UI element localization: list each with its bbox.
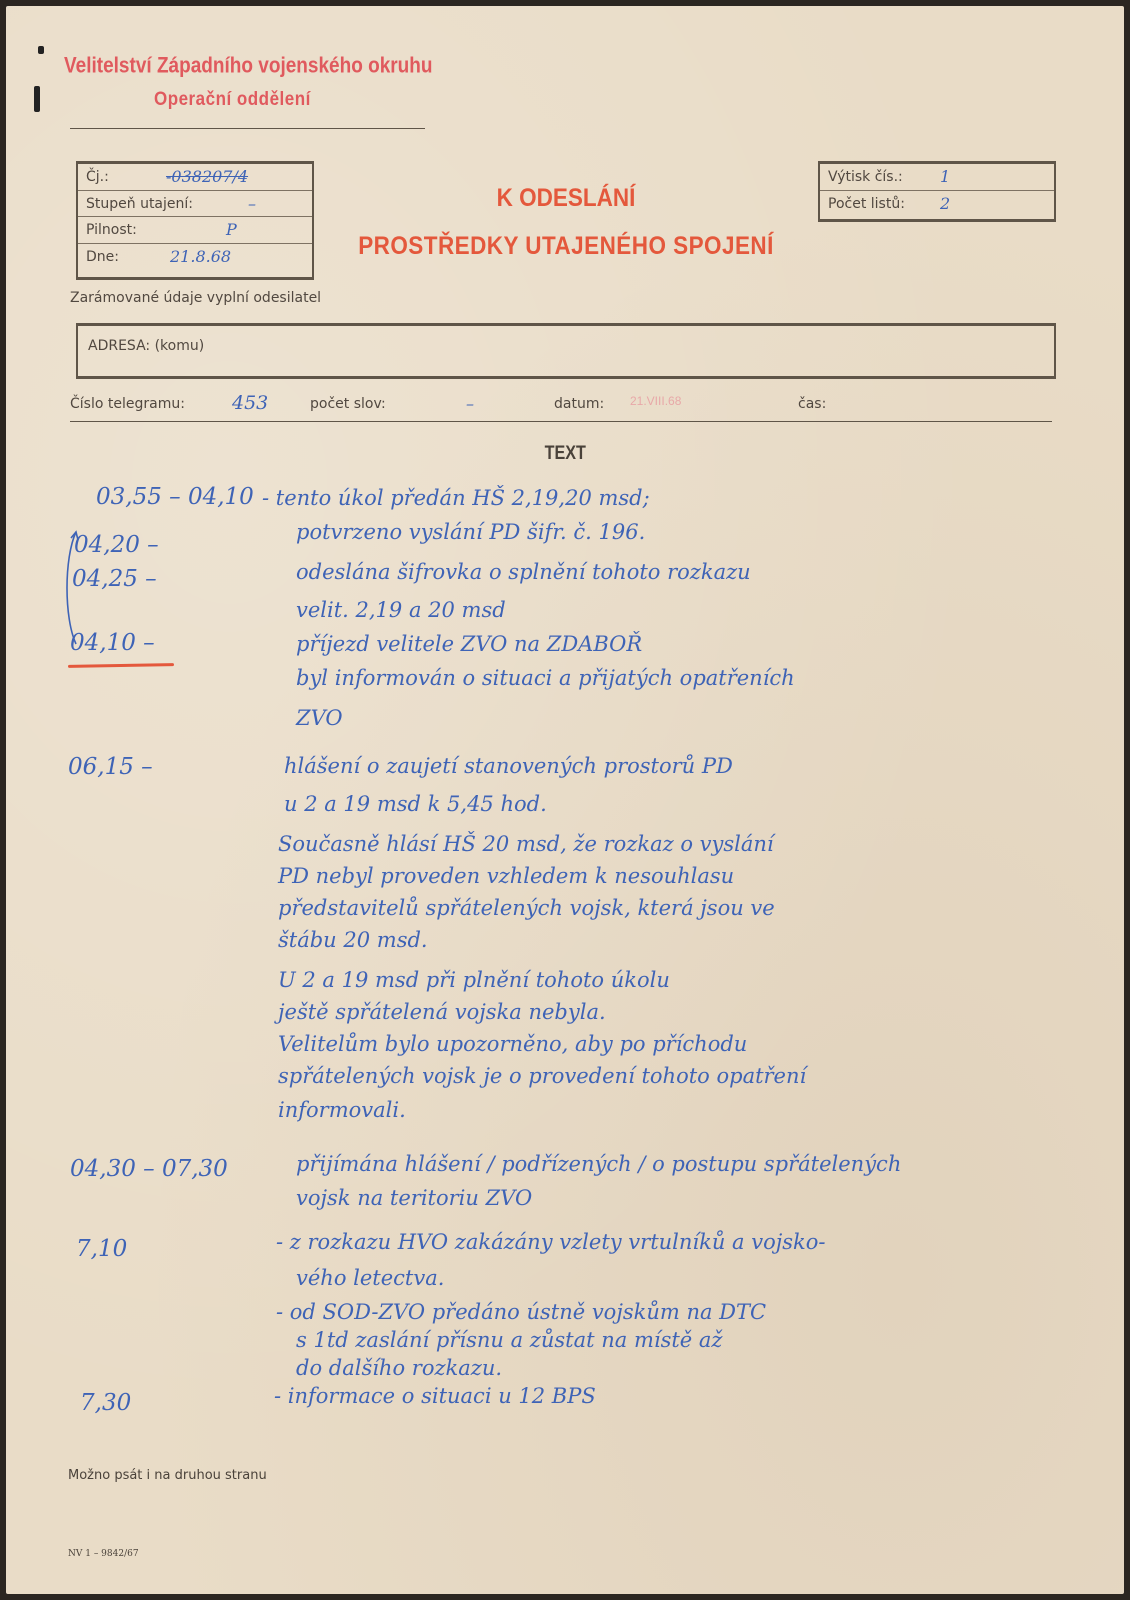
log-line: do dalšího rozkazu.	[296, 1356, 502, 1380]
log-line: odeslána šifrovka o splnění tohoto rozka…	[296, 560, 751, 584]
log-line: - z rozkazu HVO zakázány vzlety vrtulník…	[276, 1230, 826, 1254]
log-line: PD nebyl proveden vzhledem k nesouhlasu	[278, 864, 734, 888]
log-time: 04,20 –	[74, 532, 159, 558]
log-line: s 1td zaslání přísnu a zůstat na místě a…	[296, 1328, 722, 1352]
log-time: 7,30	[80, 1390, 131, 1416]
log-line: představitelů spřátelených vojsk, která …	[278, 896, 775, 920]
log-line: spřátelených vojsk je o provedení tohoto…	[278, 1064, 806, 1088]
log-line: U 2 a 19 msd při plnění tohoto úkolu	[278, 968, 670, 992]
log-time: 7,10	[76, 1236, 127, 1262]
log-time: 03,55 – 04,10	[96, 484, 254, 510]
log-line: ještě spřátelená vojska nebyla.	[278, 1000, 606, 1024]
log-line: byl informován o situaci a přijatých opa…	[296, 666, 795, 690]
log-line: vojsk na teritoriu ZVO	[296, 1186, 532, 1210]
log-line: ZVO	[296, 706, 343, 730]
log-line: hlášení o zaujetí stanovených prostorů P…	[284, 754, 733, 778]
log-line: štábu 20 msd.	[278, 928, 428, 952]
log-time: 06,15 –	[68, 754, 153, 780]
log-line: - informace o situaci u 12 BPS	[274, 1384, 596, 1408]
log-line: Velitelům bylo upozorněno, aby po přícho…	[278, 1032, 747, 1056]
log-line: potvrzeno vyslání PD šifr. č. 196.	[296, 520, 645, 544]
log-time: 04,25 –	[72, 566, 157, 592]
log-line: - od SOD-ZVO předáno ústně vojskům na DT…	[276, 1300, 766, 1324]
log-line: velit. 2,19 a 20 msd	[296, 598, 506, 622]
log-time: 04,10 –	[70, 630, 155, 656]
handwritten-log: 03,55 – 04,10 - tento úkol předán HŠ 2,1…	[6, 6, 1124, 1406]
log-line: vého letectva.	[296, 1266, 444, 1290]
red-underline-mark	[68, 663, 174, 668]
reverse-side-note: Možno psát i na druhou stranu	[68, 1468, 267, 1483]
log-line: u 2 a 19 msd k 5,45 hod.	[284, 792, 547, 816]
log-line: informovali.	[278, 1098, 406, 1122]
log-line: - tento úkol předán HŠ 2,19,20 msd;	[262, 486, 650, 510]
log-line: příjezd velitele ZVO na ZDABOŘ	[296, 632, 642, 656]
telegram-form-sheet: Velitelství Západního vojenského okruhu …	[6, 6, 1124, 1594]
log-line: přijímána hlášení / podřízených / o post…	[296, 1152, 901, 1176]
log-line: Současně hlásí HŠ 20 msd, že rozkaz o vy…	[278, 832, 774, 856]
form-number: NV 1 – 9842/67	[68, 1549, 139, 1559]
log-time: 04,30 – 07,30	[70, 1156, 228, 1182]
